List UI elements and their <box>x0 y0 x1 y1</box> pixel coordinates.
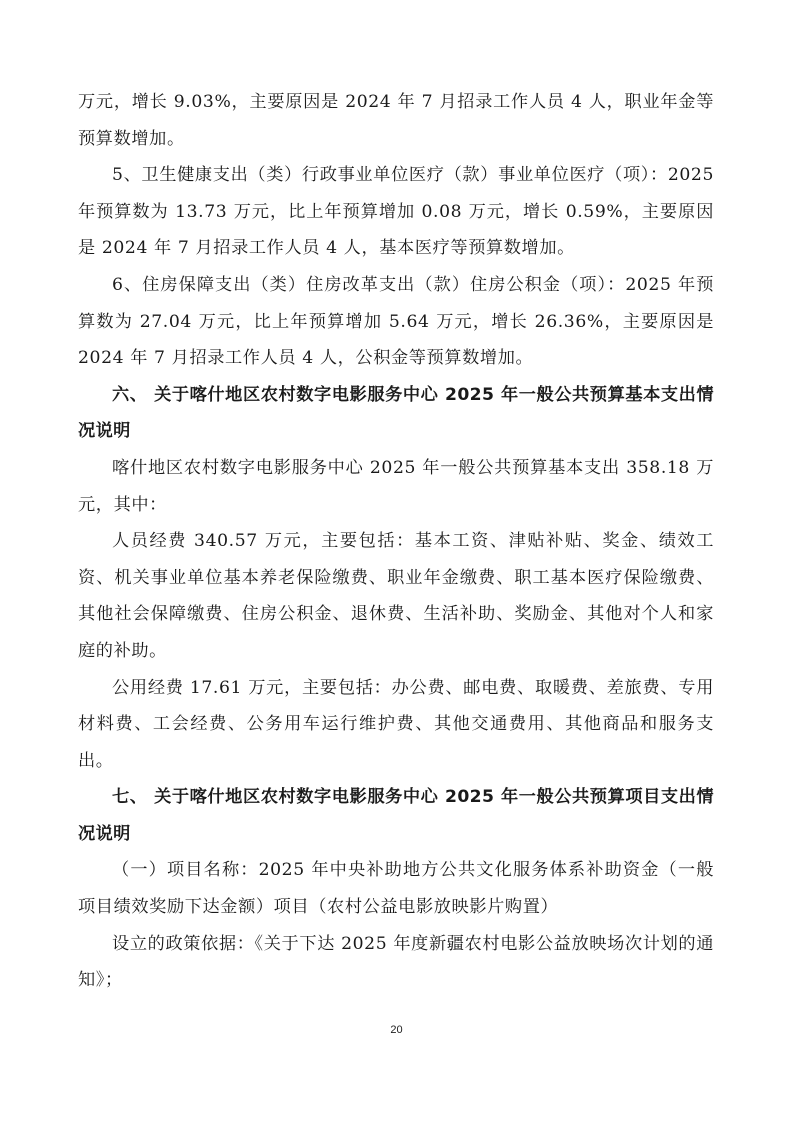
page-number: 20 <box>0 1024 793 1036</box>
paragraph-basic-expenditure-total: 喀什地区农村数字电影服务中心 2025 年一般公共预算基本支出 358.18 万… <box>78 450 714 523</box>
document-page: 万元，增长 9.03%，主要原因是 2024 年 7 月招录工作人员 4 人，职… <box>78 84 714 999</box>
paragraph-housing-expenditure: 6、住房保障支出（类）住房改革支出（款）住房公积金（项）：2025 年预算数为 … <box>78 267 714 377</box>
paragraph-project-name: （一）项目名称：2025 年中央补助地方公共文化服务体系补助资金（一般项目绩效奖… <box>78 852 714 925</box>
section-heading-6: 六、 关于喀什地区农村数字电影服务中心 2025 年一般公共预算基本支出情况说明 <box>78 377 714 450</box>
paragraph-continuation: 万元，增长 9.03%，主要原因是 2024 年 7 月招录工作人员 4 人，职… <box>78 84 714 157</box>
section-heading-7: 七、 关于喀什地区农村数字电影服务中心 2025 年一般公共预算项目支出情况说明 <box>78 779 714 852</box>
paragraph-public-expenses: 公用经费 17.61 万元，主要包括：办公费、邮电费、取暖费、差旅费、专用材料费… <box>78 670 714 780</box>
paragraph-policy-basis: 设立的政策依据：《关于下达 2025 年度新疆农村电影公益放映场次计划的通知》； <box>78 926 714 999</box>
paragraph-health-expenditure: 5、卫生健康支出（类）行政事业单位医疗（款）事业单位医疗（项）：2025 年预算… <box>78 157 714 267</box>
paragraph-personnel-expenses: 人员经费 340.57 万元，主要包括：基本工资、津贴补贴、奖金、绩效工资、机关… <box>78 523 714 669</box>
